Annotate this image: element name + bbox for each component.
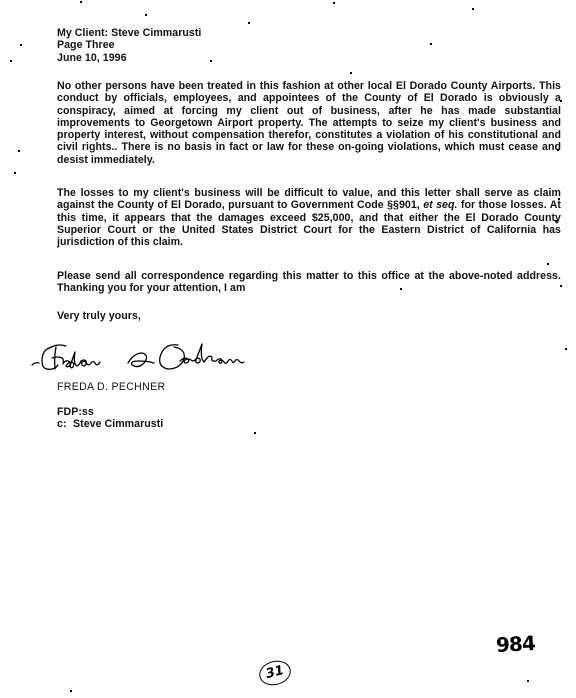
cc-label: c:: [57, 418, 73, 430]
client-line: My Client: Steve Cimmarusti: [57, 27, 201, 39]
scan-speck: [20, 44, 22, 46]
scan-speck: [400, 288, 402, 290]
scan-speck: [248, 22, 250, 24]
scan-speck: [527, 680, 529, 682]
signature-image: [30, 333, 300, 375]
scan-speck: [547, 263, 549, 265]
circled-page-number: 31: [257, 657, 294, 688]
bates-number: 984: [495, 631, 535, 657]
paragraph-claim-italic: et seq.: [423, 199, 457, 211]
scan-speck: [333, 2, 335, 4]
scan-speck: [80, 1, 82, 3]
paragraph-claim: The losses to my client's business will …: [57, 187, 561, 248]
carbon-copy-line: c:Steve Cimmarusti: [57, 418, 163, 430]
scan-speck: [14, 172, 16, 174]
letter-header: My Client: Steve Cimmarusti Page Three J…: [57, 27, 201, 64]
scan-speck: [430, 43, 432, 45]
scan-speck: [18, 150, 20, 152]
date-line: June 10, 1996: [57, 52, 201, 64]
scan-speck: [350, 72, 352, 74]
scan-speck: [10, 60, 12, 62]
scan-speck: [145, 14, 147, 16]
scan-speck: [560, 100, 562, 102]
scan-speck: [557, 149, 559, 151]
paragraph-conspiracy: No other persons have been treated in th…: [57, 80, 561, 166]
scan-speck: [254, 432, 256, 434]
page-line: Page Three: [57, 39, 201, 51]
letter-page: My Client: Steve Cimmarusti Page Three J…: [0, 0, 576, 698]
typist-initials: FDP:ss: [57, 406, 94, 418]
scan-speck: [558, 198, 560, 200]
cc-recipient: Steve Cimmarusti: [73, 418, 163, 430]
scan-speck: [70, 690, 72, 692]
scan-speck: [565, 348, 567, 350]
signer-name: FREDA D. PECHNER: [57, 381, 165, 393]
paragraph-correspondence: Please send all correspondence regarding…: [57, 270, 561, 295]
scan-speck: [210, 60, 212, 62]
scan-speck: [555, 220, 557, 222]
valediction: Very truly yours,: [57, 310, 141, 322]
scan-speck: [472, 8, 474, 10]
scan-speck: [560, 285, 562, 287]
